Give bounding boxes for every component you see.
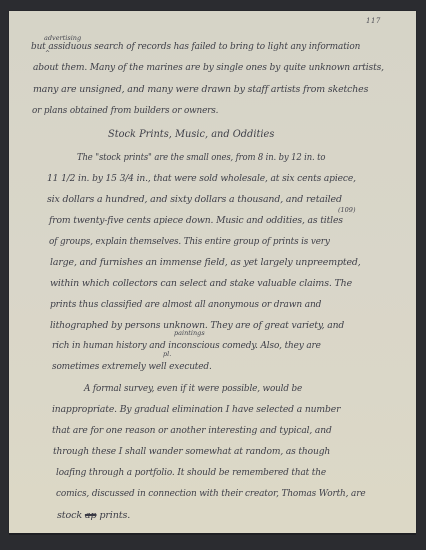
text-line: comics, discussed in connection with the…	[56, 488, 365, 499]
text-line: rich in human history and inconscious co…	[52, 340, 321, 351]
text-line-final: stock ap prints.	[57, 510, 130, 521]
text-line: through these I shall wander somewhat at…	[53, 446, 330, 457]
text-line: but assiduous search of records has fail…	[31, 41, 360, 52]
insertion-number: (109)	[338, 206, 355, 214]
text-line: of groups, explain themselves. This enti…	[49, 236, 330, 247]
word-prints: prints.	[96, 510, 130, 521]
section-heading: Stock Prints, Music, and Oddities	[108, 129, 274, 140]
page-shadow	[9, 533, 416, 535]
text-line: 11 1/2 in. by 15 3/4 in., that were sold…	[47, 173, 356, 184]
insertion-paintings: paintings	[174, 329, 205, 337]
page-number: 117	[366, 17, 381, 25]
text-line: six dollars a hundred, and sixty dollars…	[47, 194, 342, 205]
text-line: prints thus classified are almost all an…	[50, 299, 321, 310]
text-line: about them. Many of the marines are by s…	[33, 62, 384, 73]
text-line: The "stock prints" are the small ones, f…	[77, 152, 325, 163]
text-line: within which collectors can select and s…	[50, 278, 352, 289]
text-line: inappropriate. By gradual elimination I …	[52, 404, 340, 415]
struck-word: ap	[85, 510, 97, 521]
text-line: loafing through a portfolio. It should b…	[56, 467, 326, 478]
text-line: many are unsigned, and many were drawn b…	[33, 84, 368, 95]
text-line: large, and furnishes an immense field, a…	[50, 257, 361, 268]
text-line: or plans obtained from builders or owner…	[32, 105, 218, 116]
scan-frame: 117 advertising ^ but assiduous search o…	[0, 0, 426, 550]
text-line: from twenty-five cents apiece down. Musi…	[49, 215, 343, 226]
text-line: sometimes extremely well executed.	[52, 361, 212, 372]
text-line: A formal survey, even if it were possibl…	[84, 383, 302, 394]
word-stock: stock	[57, 510, 85, 521]
text-line: that are for one reason or another inter…	[52, 425, 332, 436]
insertion-pl: pl.	[163, 350, 171, 358]
